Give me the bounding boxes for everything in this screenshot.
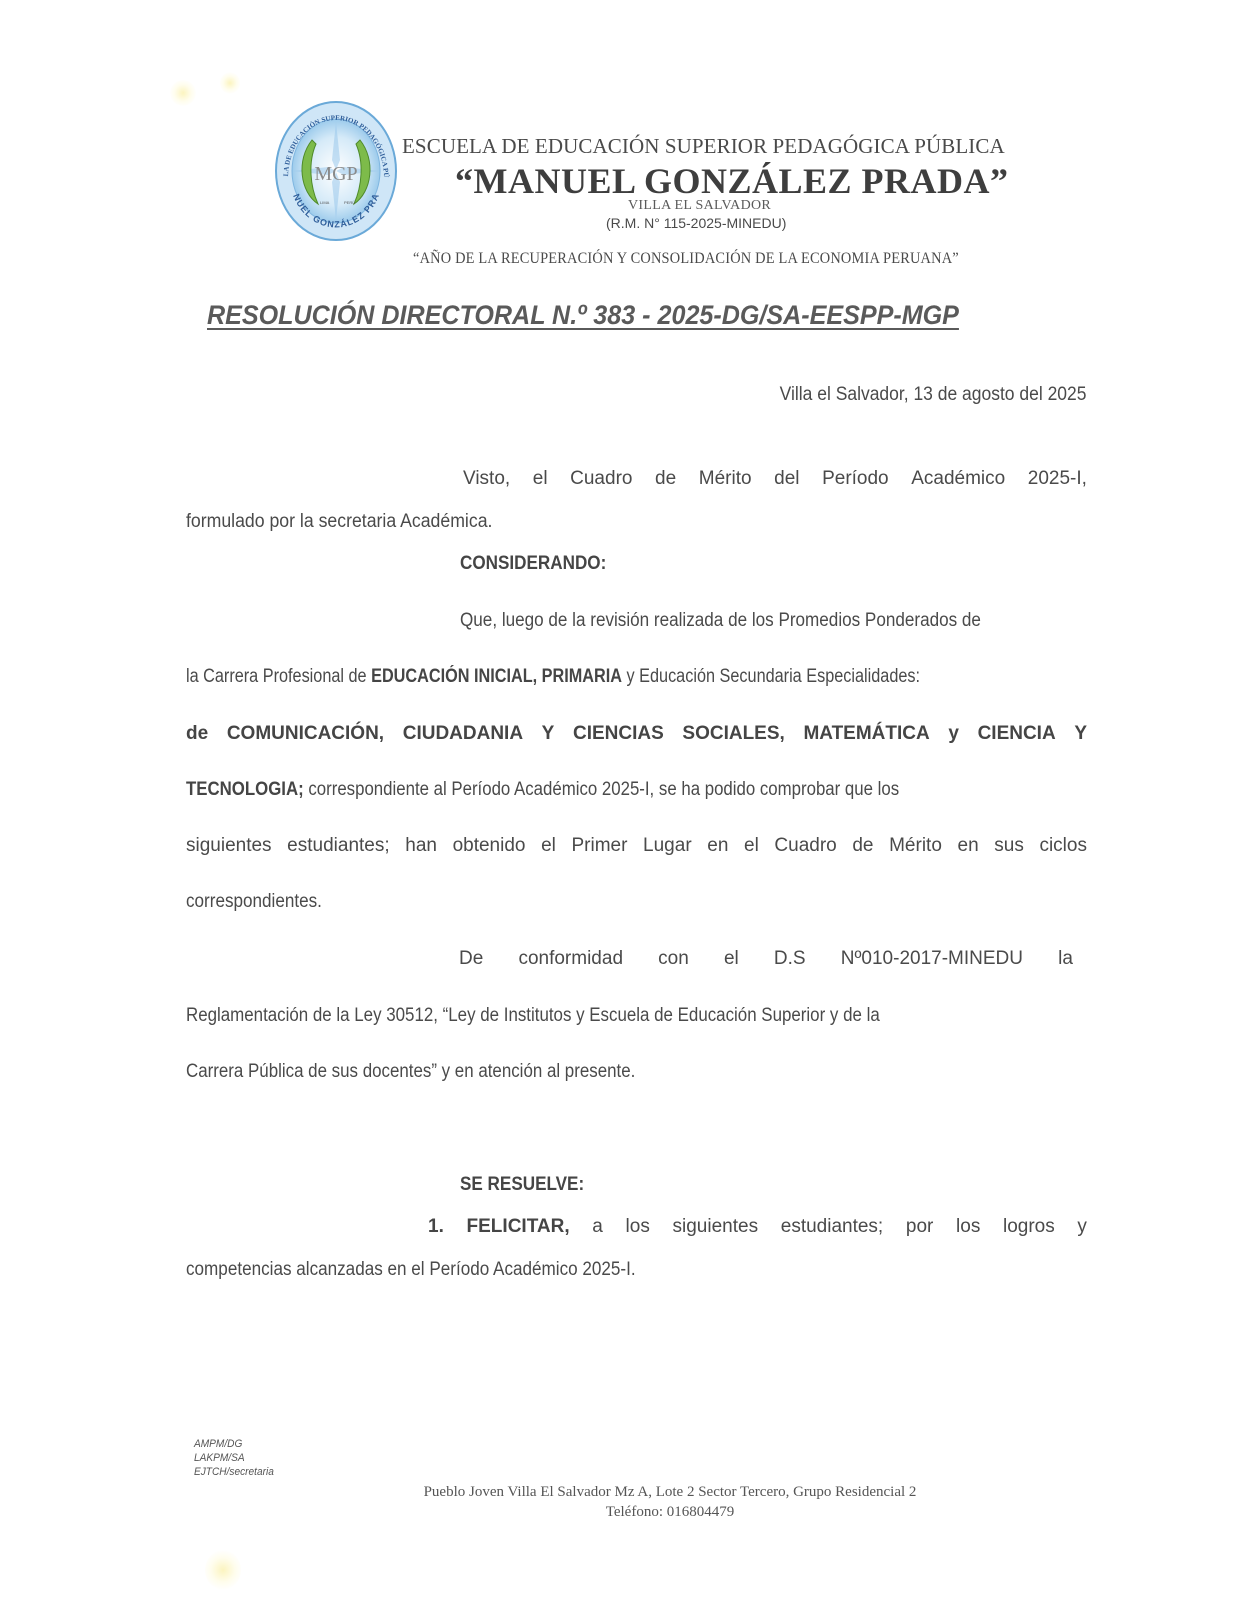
visto-line-2: formulado por la secretaria Académica. [186, 511, 1024, 533]
word: el [724, 948, 739, 970]
word: Cuadro [774, 835, 836, 857]
word: han [405, 835, 437, 857]
institution-location: VILLA EL SALVADOR [628, 198, 771, 214]
word: Primer [571, 835, 627, 857]
svg-text:LIMA: LIMA [320, 200, 330, 205]
text-run: y Educación Secundaria Especialidades: [622, 666, 920, 687]
word: de [186, 723, 208, 745]
considerando-p1-line-4: TECNOLOGIA; correspondiente al Período A… [186, 779, 899, 801]
word: conformidad [518, 948, 623, 970]
date-line: Villa el Salvador, 13 de agosto del 2025 [779, 384, 1086, 406]
word: Académico [911, 468, 1005, 490]
considerando-p1-line-3: deCOMUNICACIÓN,CIUDADANIAYCIENCIASSOCIAL… [186, 723, 1087, 745]
word: ciclos [1039, 835, 1087, 857]
word: y [1077, 1216, 1087, 1238]
word: por [906, 1216, 933, 1238]
considerando-p1-line-5: siguientesestudiantes;hanobtenidoelPrime… [186, 835, 1087, 857]
word: COMUNICACIÓN, [227, 723, 384, 745]
considerando-p1-line-1: Que, luego de la revisión realizada de l… [460, 610, 981, 632]
year-motto: “AÑO DE LA RECUPERACIÓN Y CONSOLIDACIÓN … [413, 250, 959, 268]
word: CIENCIA [978, 723, 1056, 745]
initials-line: AMPM/DG [194, 1437, 274, 1451]
word: a [592, 1216, 603, 1238]
initials-line: LAKPM/SA [194, 1451, 274, 1465]
word: logros [1003, 1216, 1055, 1238]
considerando-p2-line-2: Reglamentación de la Ley 30512, “Ley de … [186, 1005, 880, 1027]
word: los [956, 1216, 980, 1238]
word: en [958, 835, 979, 857]
considerando-p2-line-1: DeconformidadconelD.SNº010-2017-MINEDUla [459, 948, 1073, 970]
word: obtenido [453, 835, 526, 857]
word: los [626, 1216, 650, 1238]
word: Lugar [643, 835, 692, 857]
word: Visto, [463, 468, 510, 490]
scan-speckle [205, 1550, 241, 1590]
word: Período [822, 468, 889, 490]
considerando-p1-line-6: correspondientes. [186, 891, 322, 913]
word: de [655, 468, 676, 490]
word: Y [542, 723, 555, 745]
institution-resolution-ref: (R.M. N° 115-2025-MINEDU) [606, 215, 786, 231]
word: CIUDADANIA [403, 723, 523, 745]
word: Mérito [699, 468, 752, 490]
word: la [1058, 948, 1073, 970]
word: el [533, 468, 548, 490]
item-verb: FELICITAR, [467, 1216, 570, 1238]
programs-bold: EDUCACIÓN INICIAL, PRIMARIA [371, 666, 622, 687]
svg-text:PERÚ: PERÚ [344, 200, 355, 205]
word: en [707, 835, 728, 857]
resuelve-item-1-line-1: 1. FELICITAR, alossiguientesestudiantes;… [428, 1216, 1087, 1238]
institution-name: “MANUEL GONZÁLEZ PRADA” [455, 160, 1009, 202]
resuelve-item-1-line-2: competencias alcanzadas en el Período Ac… [186, 1259, 636, 1281]
svg-text:MGP: MGP [314, 163, 357, 185]
footer-phone: Teléfono: 016804479 [370, 1502, 970, 1522]
institution-logo: ESCUELA DE EDUCACIÓN SUPERIOR PEDAGÓGICA… [274, 100, 398, 242]
word: estudiantes; [781, 1216, 883, 1238]
resuelve-heading: SE RESUELVE: [460, 1174, 584, 1196]
word: del [774, 468, 799, 490]
initials-line: EJTCH/secretaria [194, 1465, 274, 1479]
specialty-bold: TECNOLOGIA; [186, 779, 304, 800]
text-run: correspondiente al Período Académico 202… [304, 779, 899, 800]
word: el [541, 835, 556, 857]
word: sus [994, 835, 1024, 857]
word: con [658, 948, 689, 970]
word: y [948, 723, 959, 745]
considerando-p2-line-3: Carrera Pública de sus docentes” y en at… [186, 1061, 635, 1083]
word: MATEMÁTICA [803, 723, 929, 745]
word: estudiantes; [287, 835, 389, 857]
word: siguientes [186, 835, 272, 857]
considerando-heading: CONSIDERANDO: [460, 553, 606, 575]
item-number: 1. [428, 1216, 444, 1238]
word: De [459, 948, 483, 970]
visto-line-1: Visto,elCuadrodeMéritodelPeríodoAcadémic… [463, 468, 1087, 490]
institution-type: ESCUELA DE EDUCACIÓN SUPERIOR PEDAGÓGICA… [402, 134, 1005, 159]
considerando-p1-line-2: la Carrera Profesional de EDUCACIÓN INIC… [186, 666, 920, 688]
word: Mérito [889, 835, 942, 857]
word: 2025-I, [1028, 468, 1087, 490]
word: Y [1074, 723, 1087, 745]
word: SOCIALES, [682, 723, 784, 745]
scan-speckle [220, 72, 240, 94]
word: Nº010-2017-MINEDU [841, 948, 1023, 970]
word: Cuadro [570, 468, 632, 490]
word: D.S [774, 948, 806, 970]
scan-speckle [170, 80, 196, 106]
word: siguientes [673, 1216, 759, 1238]
initials-block: AMPM/DG LAKPM/SA EJTCH/secretaria [194, 1437, 274, 1479]
resolution-title: RESOLUCIÓN DIRECTORAL N.º 383 - 2025-DG/… [207, 300, 959, 331]
footer-address: Pueblo Joven Villa El Salvador Mz A, Lot… [370, 1482, 970, 1502]
word: de [852, 835, 873, 857]
footer-address-block: Pueblo Joven Villa El Salvador Mz A, Lot… [370, 1482, 970, 1522]
word: CIENCIAS [573, 723, 664, 745]
word: el [744, 835, 759, 857]
text-run: la Carrera Profesional de [186, 666, 371, 687]
